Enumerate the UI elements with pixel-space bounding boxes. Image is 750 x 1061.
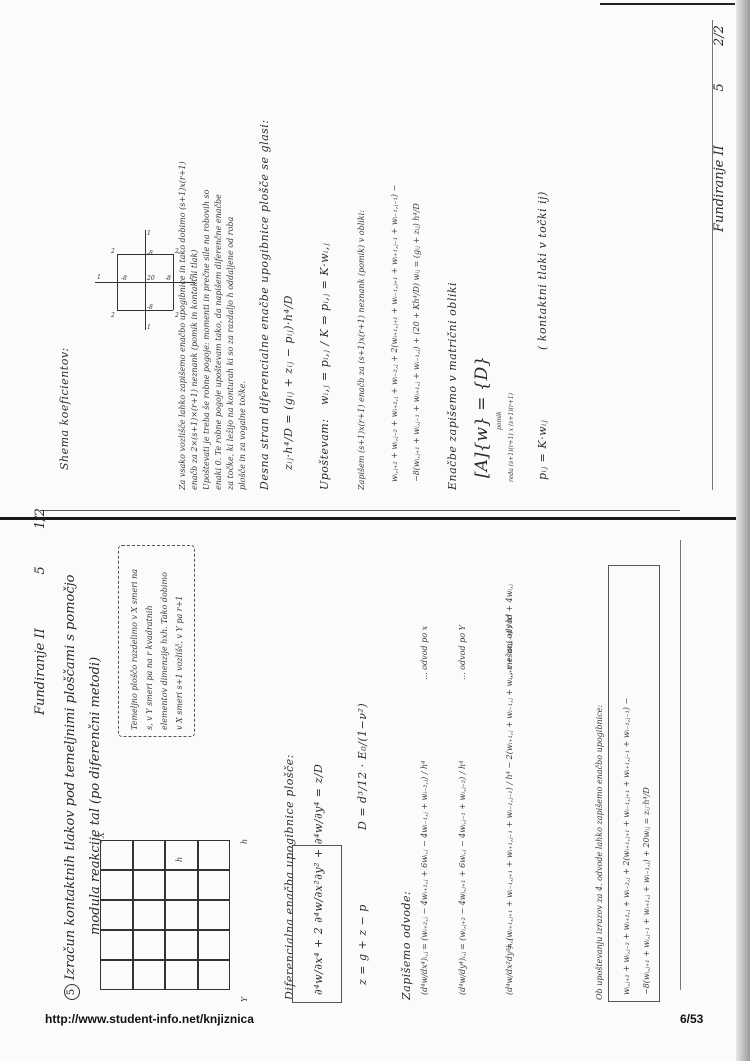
grid-x-axis-label: X (97, 832, 106, 838)
grid-cell (165, 900, 198, 930)
header-number: 5 (33, 566, 48, 574)
grid-cell (165, 930, 198, 960)
matrix-note-order: reda (s+1)(r+1) x (s+1)(r+1) (508, 393, 515, 482)
scheme-diagonal-value: 2 (111, 312, 115, 319)
grid-h-label: h (175, 857, 184, 862)
note-line: s, v Y smeri pa na r kvadratnih (145, 605, 154, 730)
right-page-header: Fundiranje II 5 2/2 (712, 25, 727, 232)
grid-cell (100, 900, 133, 930)
note-line: v X smeri s+1 vozlišč, v Y pa r+1 (175, 596, 184, 730)
derivative-rhs: = (wᵢ₊₂,ⱼ − 4wᵢ₊₁,ⱼ + 6wᵢ,ⱼ − 4wᵢ₋₁,ⱼ + … (420, 761, 429, 950)
scheme-center-value: 20 (147, 275, 155, 282)
final-eq-line2: −8(wᵢ,ⱼ₊₁ + wᵢ,ⱼ₋₁ + wᵢ₊₁,ⱼ + wᵢ₋₁,ⱼ) + … (642, 787, 651, 995)
left-page-header: Fundiranje II 5 1/2 (33, 508, 48, 715)
matrix-equation: [A]{w} = {D} (472, 356, 492, 478)
derivatives-heading: Zapišemo odvode: (400, 891, 413, 1000)
grid-cell (198, 900, 231, 930)
header-part: 2/2 (712, 25, 727, 46)
system-heading: Zapišem (s+1)x(r+1) enačb za (s+1)x(r+1)… (357, 210, 366, 490)
ruling-line (680, 540, 681, 990)
system-equation-line2: −8(wᵢ,ⱼ₊₁ + wᵢ,ⱼ₋₁ + wᵢ₊₁,ⱼ + wᵢ₋₁,ⱼ) + … (412, 203, 421, 482)
grid-h-label: h (240, 839, 249, 844)
grid-cell (165, 870, 198, 900)
system-equation-line1: wᵢ,ⱼ₊₂ + wᵢ,ⱼ₋₂ + wᵢ₊₂,ⱼ + wᵢ₋₂,ⱼ + 2(wᵢ… (390, 185, 399, 482)
grid-cell (165, 960, 198, 990)
grid-cell (133, 960, 166, 990)
note-line: Temeljno ploščo razdelimo v X smeri na (130, 569, 139, 730)
grid-cell (198, 840, 231, 870)
source-url[interactable]: http://www.student-info.net/knjiznica (45, 1012, 254, 1026)
grid-cell (165, 840, 198, 870)
matrix-heading: Enačbe zapišemo v matrični obliki (446, 282, 459, 490)
scheme-diagonal-value: 2 (111, 248, 115, 255)
derivative-lhs: (d⁴w/dy⁴)ᵢ,ⱼ (458, 952, 467, 995)
final-eq-box (608, 565, 660, 1002)
top-rule (600, 3, 735, 5)
grid-cell (133, 900, 166, 930)
rhs-equation: zᵢⱼ·h⁴/D = (gᵢⱼ + zᵢⱼ − pᵢⱼ)·h⁴/D (282, 295, 295, 470)
derivative-note: ... odvod po x (420, 626, 429, 680)
grid-cell (100, 870, 133, 900)
considering-equation: wᵢ,ⱼ = pᵢ,ⱼ / K ⇒ pᵢ,ⱼ = K·wᵢ,ⱼ (318, 243, 331, 405)
page-divider-thin (40, 510, 680, 511)
contact-pressure-equation: pᵢⱼ = K·wᵢⱼ (536, 420, 549, 480)
header-part: 1/2 (33, 508, 48, 529)
rhs-heading: Desna stran diferencialne enačbe upogibn… (258, 119, 271, 490)
task-title-line1: 5 Izračun kontaktnih tlakov pod temeljni… (63, 575, 80, 1001)
diff-eq: ∂⁴w/∂x⁴ + 2 ∂⁴w/∂x²∂y² + ∂⁴w/∂y⁴ = z/D (312, 764, 325, 995)
paragraph-line: Za vsako vozlišče lahko zapišemo enačbo … (178, 161, 187, 490)
grid-y-axis-label: Y (240, 997, 249, 1002)
grid-cell (133, 930, 166, 960)
grid-axis-left (100, 840, 101, 990)
derivative-lhs: (d⁴w/dx⁴)ᵢ,ⱼ (420, 952, 429, 995)
D-definition: D = d³/12 · E₀/(1−ν²) (356, 703, 369, 830)
z-definition: z = g + z − p (356, 904, 369, 985)
paragraph-line: enaki 0. Te robne pogoje upoštevam tako,… (214, 194, 223, 490)
header-course: Fundiranje II (712, 145, 727, 232)
paragraph-line: za točke, ki ležijo na konturah ki so za… (226, 217, 235, 490)
scheme-heading: Shema koeficientov: (58, 347, 71, 470)
scheme-outer-value: 1 (147, 230, 151, 237)
final-eq-line1: wᵢ,ⱼ₊₂ + wᵢ,ⱼ₋₂ + wᵢ₊₂,ⱼ + wᵢ₋₂,ⱼ + 2(wᵢ… (622, 698, 631, 995)
final-heading: Ob upoštevanju izrazov za 4. odvode lahk… (595, 705, 604, 1000)
grid-cell (198, 930, 231, 960)
derivative-note: ... mešani odvod (505, 614, 514, 680)
scheme-adjacent-value: -8 (147, 250, 153, 257)
considering-label: Upoštevam: (318, 419, 331, 490)
note-line: elementov dimenzije hxh. Tako dobimo (160, 572, 169, 730)
grid-cell (198, 870, 231, 900)
paragraph-line: Upoštevati je treba še robne pogoje: mom… (202, 190, 211, 490)
derivative-note: ... odvod po Y (458, 625, 467, 680)
scheme-outer-value: 1 (147, 324, 151, 331)
plate-grid (100, 840, 230, 990)
contact-pressure-note: ( kontaktni tlaki v točki ij) (536, 191, 549, 350)
header-number: 5 (712, 83, 727, 91)
grid-cell (100, 840, 133, 870)
grid-cell (198, 960, 231, 990)
matrix-note-displacement: pomik (496, 411, 503, 430)
task-title-text: Izračun kontaktnih tlakov pod temeljnimi… (63, 575, 78, 980)
page-number: 6/53 (680, 1012, 703, 1026)
grid-cell (133, 870, 166, 900)
paragraph-line: enačb za 2×(s+1)×(r+1) neznank (pomik in… (190, 250, 199, 490)
task-number-circle: 5 (64, 984, 80, 1000)
scan-edge-shadow (736, 0, 750, 1061)
scheme-outer-value: 1 (97, 274, 101, 281)
scheme-adjacent-value: -8 (147, 304, 153, 311)
grid-cell (133, 840, 166, 870)
page-divider (0, 517, 736, 520)
derivative-rhs: = (wᵢ,ⱼ₊₂ − 4wᵢ,ⱼ₊₁ + 6wᵢ,ⱼ − 4wᵢ,ⱼ₋₁ + … (458, 761, 467, 950)
paragraph-line: plošče in za vogalne točke. (238, 381, 247, 490)
scheme-adjacent-value: -8 (121, 275, 127, 282)
header-course: Fundiranje II (33, 628, 48, 715)
grid-cell (100, 960, 133, 990)
scheme-adjacent-value: -8 (165, 275, 171, 282)
grid-cell (100, 930, 133, 960)
